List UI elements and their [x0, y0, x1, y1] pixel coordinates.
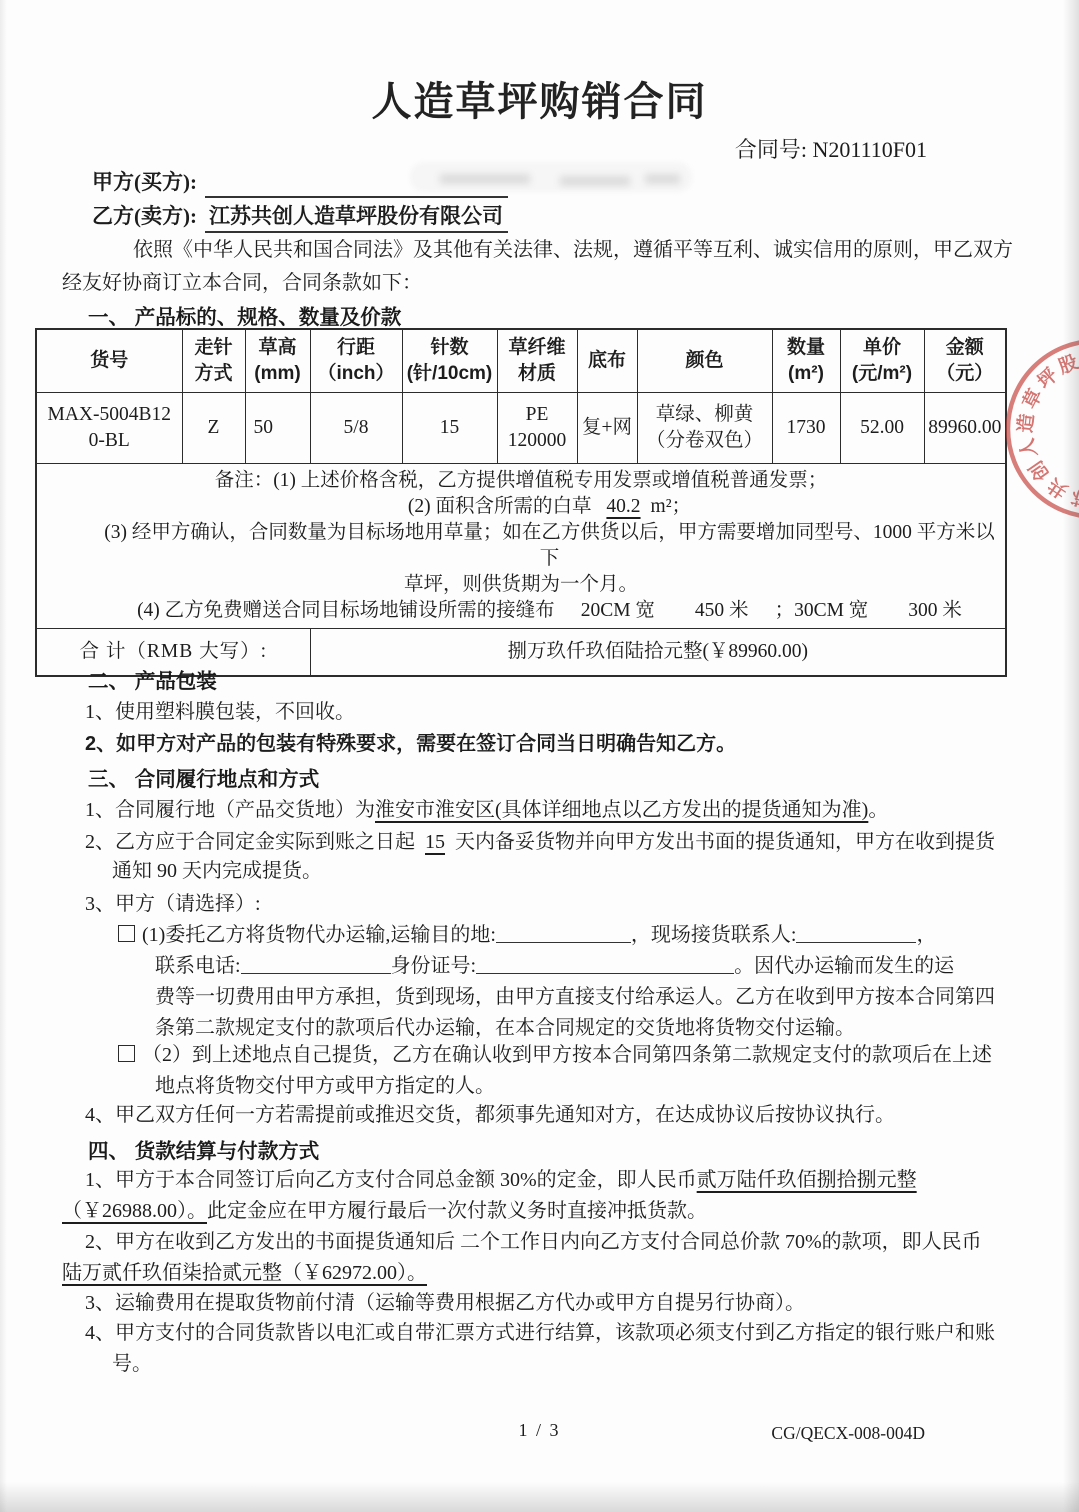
total-value-amount-in-words: 捌万玖仟玖佰陆拾元整(￥89960.00): [310, 629, 1006, 677]
option2-line1: （2）到上述地点自己提货，乙方在确认收到甲方按本合同第四条第二款规定支付的款项后…: [118, 1040, 992, 1071]
section4-item4-line1: 4、甲方支付的合同货款皆以电汇或自带汇票方式进行结算，该款项必须支付到乙方指定的…: [85, 1318, 995, 1349]
cell-color: 草绿、柳黄（分卷双色）: [637, 393, 772, 464]
section1-heading: 一、 产品标的、规格、数量及价款: [88, 300, 401, 330]
delivery-place-underlined: 淮安市淮安区(具体详细地点以乙方发出的提货通知为准): [375, 799, 868, 821]
section3-item2: 2、乙方应于合同定金实际到账之日起15天内备妥货物并向甲方发出书面的提货通知，甲…: [85, 828, 995, 886]
section3-heading: 三、 合同履行地点和方式: [88, 762, 319, 792]
table-data-row: MAX-5004B120-BL Z 50 5/8 15 PE120000 复+网…: [36, 393, 1006, 464]
cell-item-no: MAX-5004B120-BL: [36, 393, 182, 464]
contract-page: 人造草坪购销合同 合同号: N201110F01 甲方(买方): 乙方(卖方):…: [0, 0, 1079, 1512]
section4-item2: 2、甲方在收到乙方发出的书面提货通知后 二个工作日内向乙方支付合同总价款 70%…: [85, 1227, 982, 1289]
document-code: CG/QECX-008-004D: [771, 1423, 925, 1444]
document-title: 人造草坪购销合同: [0, 70, 1079, 127]
deposit-amount-words: 贰万陆仟玖佰捌拾捌元整: [697, 1169, 917, 1191]
party-b-row: 乙方(卖方):江苏共创人造草坪股份有限公司: [92, 200, 508, 233]
contract-number: 合同号: N201110F01: [735, 133, 927, 164]
section3-item2-line2: 通知 90 天内完成提货。: [112, 857, 995, 886]
product-spec-table: 货号 走针方式 草高(mm) 行距（inch） 针数(针/10cm) 草纤维材质…: [35, 328, 1007, 677]
col-header-color: 颜色: [637, 329, 772, 393]
photo-edge-bottom: [0, 1482, 1079, 1512]
col-header-stitch-count: 针数(针/10cm): [402, 329, 497, 393]
col-header-quantity: 数量(m²): [772, 329, 840, 393]
section4-heading: 四、 货款结算与付款方式: [88, 1134, 319, 1164]
contract-number-value: N201110F01: [813, 137, 928, 162]
cell-gauge: 5/8: [310, 393, 402, 464]
option1-line1: (1)委托乙方将货物代办运输,运输目的地:，现场接货联系人:，: [118, 920, 995, 951]
id-number-blank-field: [476, 953, 734, 974]
checkbox-option1-icon: [118, 925, 135, 942]
party-a-name-redacted: [205, 170, 508, 198]
checkbox-option2-icon: [118, 1045, 135, 1062]
remarks-cell: 备注：(1) 上述价格含税，乙方提供增值税专用发票或增值税普通发票； (2) 面…: [36, 464, 1006, 629]
col-header-backing: 底布: [577, 329, 637, 393]
col-header-gauge: 行距（inch）: [310, 329, 402, 393]
section2-item2: 2、如甲方对产品的包装有特殊要求，需要在签订合同当日明确告知乙方。: [85, 729, 736, 760]
table-header-row: 货号 走针方式 草高(mm) 行距（inch） 针数(针/10cm) 草纤维材质…: [36, 329, 1006, 393]
balance-amount-underlined: 陆万贰仟玖佰柒拾贰元整（￥62972.00）。: [62, 1262, 427, 1284]
option2-line2: 地点将货物交付甲方或甲方指定的人。: [155, 1071, 992, 1102]
prepare-days-value: 15: [415, 831, 455, 853]
col-header-unit-price: 单价(元/m²): [840, 329, 924, 393]
phone-blank-field: [241, 953, 391, 974]
contract-number-label: 合同号:: [735, 137, 807, 162]
party-b-name: 江苏共创人造草坪股份有限公司: [205, 200, 508, 233]
remark-4: (4) 乙方免费赠送合同目标场地铺设所需的接缝布20CM 宽450 米；30CM…: [40, 598, 1002, 624]
option1-line2: 联系电话:身份证号:。因代办运输而发生的运: [155, 951, 995, 982]
col-header-pile-height: 草高(mm): [245, 329, 310, 393]
remark-1: 备注：(1) 上述价格含税，乙方提供增值税专用发票或增值税普通发票；: [40, 468, 1002, 494]
section2-item1: 1、使用塑料膜包装，不回收。: [85, 697, 355, 728]
receiver-contact-blank-field: [796, 922, 916, 943]
remark-3-line1: (3) 经甲方确认，合同数量为目标场地用草量；如在乙方供货以后，甲方需要增加同型…: [40, 520, 1002, 572]
party-b-label: 乙方(卖方):: [92, 204, 197, 228]
section3-item3: 3、甲方（请选择）:: [85, 889, 261, 920]
destination-blank-field: [496, 922, 631, 943]
party-a-label: 甲方(买方):: [92, 170, 197, 194]
cell-fiber: PE120000: [497, 393, 577, 464]
deposit-amount-figure: （￥26988.00）。: [62, 1200, 207, 1222]
white-grass-area-value: 40.2: [596, 496, 650, 517]
col-header-item-no: 货号: [36, 329, 182, 393]
section3-option2: （2）到上述地点自己提货，乙方在确认收到甲方按本合同第四条第二款规定支付的款项后…: [118, 1040, 992, 1102]
cell-stitch-type: Z: [182, 393, 245, 464]
section4-item3: 3、运输费用在提取货物前付清（运输等费用根据乙方代办或甲方自提另行协商）。: [85, 1288, 805, 1319]
photo-edge-right: [1063, 0, 1079, 1512]
section3-option1: (1)委托乙方将货物代办运输,运输目的地:，现场接货联系人:， 联系电话:身份证…: [118, 920, 995, 1044]
table-remarks-row: 备注：(1) 上述价格含税，乙方提供增值税专用发票或增值税普通发票； (2) 面…: [36, 464, 1006, 629]
remark-3-line2: 草坪，则供货期为一个月。: [40, 572, 1002, 598]
col-header-fiber: 草纤维材质: [497, 329, 577, 393]
section4-item1: 1、甲方于本合同签订后向乙方支付合同总金额 30%的定金，即人民币贰万陆仟玖佰捌…: [85, 1165, 917, 1227]
preamble-line2: 经友好协商订立本合同，合同条款如下：: [62, 267, 1013, 300]
section2-heading: 二、 产品包装: [88, 664, 217, 694]
cell-stitch-count: 15: [402, 393, 497, 464]
section3-item4: 4、甲乙双方任何一方若需提前或推迟交货，都须事先通知对方，在达成协议后按协议执行…: [85, 1100, 895, 1131]
photo-edge-left: [0, 0, 7, 1512]
preamble: 依照《中华人民共和国合同法》及其他有关法律、法规，遵循平等互利、诚实信用的原则，…: [62, 234, 1013, 300]
section4-item4: 4、甲方支付的合同货款皆以电汇或自带汇票方式进行结算，该款项必须支付到乙方指定的…: [85, 1318, 995, 1380]
preamble-line1: 依照《中华人民共和国合同法》及其他有关法律、法规，遵循平等互利、诚实信用的原则，…: [62, 234, 1013, 267]
remark-2: (2) 面积含所需的白草 40.2m²；: [40, 494, 1002, 520]
section3-item1: 1、合同履行地（产品交货地）为淮安市淮安区(具体详细地点以乙方发出的提货通知为准…: [85, 795, 888, 826]
cell-backing: 复+网: [577, 393, 637, 464]
cell-unit-price: 52.00: [840, 393, 924, 464]
section4-item4-line2: 号。: [112, 1349, 995, 1380]
option1-line3: 费等一切费用由甲方承担，货到现场，由甲方直接支付给承运人。乙方在收到甲方按本合同…: [155, 982, 995, 1013]
cell-pile-height: 50: [245, 393, 310, 464]
redaction-blur: [410, 162, 692, 192]
col-header-stitch-type: 走针方式: [182, 329, 245, 393]
section4-item2-line1: 2、甲方在收到乙方发出的书面提货通知后 二个工作日内向乙方支付合同总价款 70%…: [85, 1227, 982, 1258]
cell-quantity: 1730: [772, 393, 840, 464]
party-a-row: 甲方(买方):: [92, 166, 508, 198]
